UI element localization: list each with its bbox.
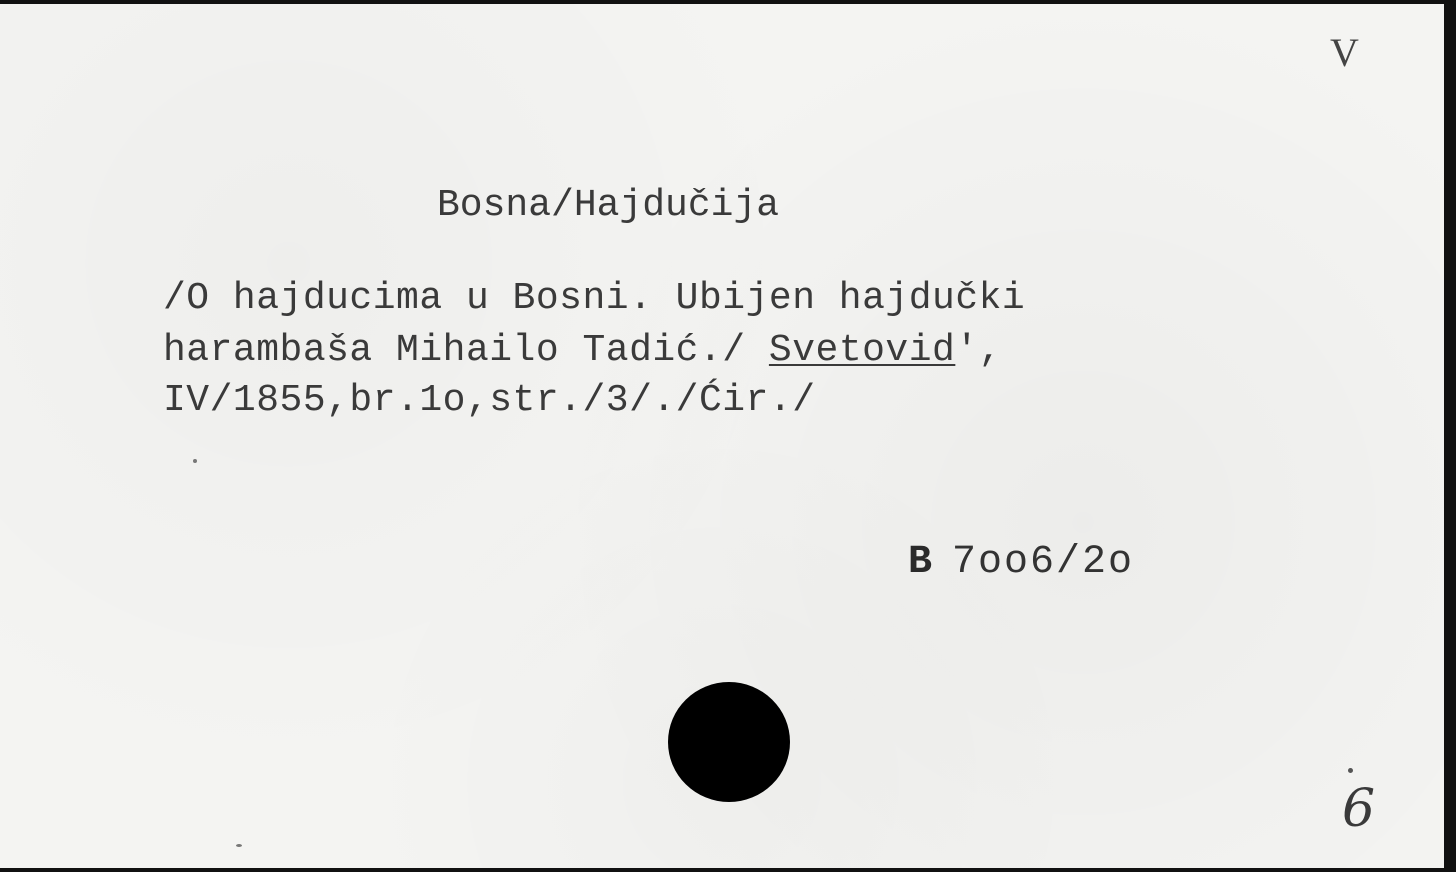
catalog-card: V Bosna/Hajdučija /O hajducima u Bosni. … xyxy=(0,4,1444,868)
handwritten-number: 6 xyxy=(1342,779,1375,839)
punch-hole xyxy=(668,682,790,802)
call-number-value: 7oo6/2o xyxy=(952,540,1134,585)
entry-line-3: IV/1855,br.1o,str./3/./Ćir./ xyxy=(163,382,816,420)
corner-mark: V xyxy=(1330,29,1359,76)
ink-speck xyxy=(236,844,242,847)
subject-heading: Bosna/Hajdučija xyxy=(437,184,779,227)
entry-line-2-suffix: ', xyxy=(955,329,1002,372)
ink-speck xyxy=(193,459,197,463)
call-number-prefix: B xyxy=(908,540,934,585)
handwritten-dot xyxy=(1348,768,1353,773)
call-number: B7oo6/2o xyxy=(908,540,1134,585)
entry-line-1: /O hajducima u Bosni. Ubijen hajdučki xyxy=(163,280,1025,318)
entry-line-2-prefix: harambaša Mihailo Tadić./ xyxy=(163,329,769,372)
entry-line-2: harambaša Mihailo Tadić./ Svetovid', xyxy=(163,332,1002,370)
publication-title: Svetovid xyxy=(769,329,955,372)
